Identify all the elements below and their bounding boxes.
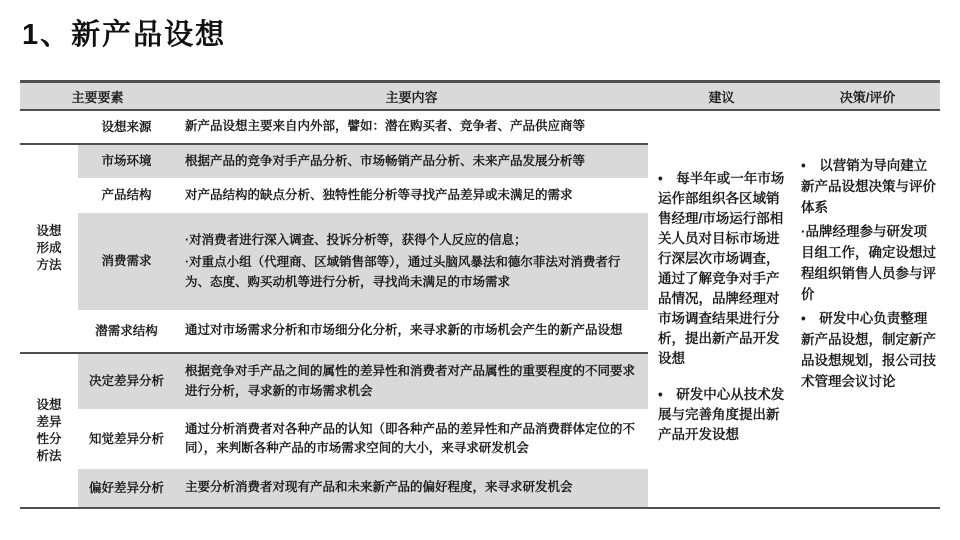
table-row: 根据产品的竞争对手产品分析、市场畅销产品分析、未来产品发展分析等 (175, 145, 648, 178)
row-label-perception-difference: 知觉差异分析 (78, 409, 175, 469)
group-label-text: 设想形成方法 (36, 223, 63, 274)
slide: 1、新产品设想 主要要素 主要内容 建议 决策/评价 设想来源 新产品设想主要来… (0, 0, 960, 540)
table-row: 新产品设想主要来自内外部，譬如：潜在购买者、竞争者、产品供应商等 (175, 111, 648, 145)
row-content-text: ·对重点小组（代理商、区域销售部等），通过头脑风暴法和德尔菲法对消费者行为、态度… (185, 253, 642, 292)
row-label-product-structure: 产品结构 (78, 178, 175, 213)
table-row: 通过分析消费者对各种产品的认知（即各种产品的差异性和产品消费群体定位的不同），来… (175, 409, 648, 469)
header-suggestion: 建议 (648, 87, 795, 106)
suggestion-column: • 每半年或一年市场运作部组织各区域销售经理/市场运行部相关人员对目标市场进行深… (648, 111, 795, 507)
table-header-row: 主要要素 主要内容 建议 决策/评价 (20, 80, 940, 111)
row-content-text: ·对消费者进行深入调查、投诉分析等，获得个人反应的信息； (185, 231, 642, 251)
header-main-elements: 主要要素 (20, 87, 175, 106)
row-label-latent-demand-structure: 潜需求结构 (78, 310, 175, 354)
decision-evaluation-column: • 以营销为导向建立新产品设想决策与评价体系 ·品牌经理参与研发项目组工作，确定… (795, 111, 940, 507)
table-body: 设想来源 新产品设想主要来自内外部，譬如：潜在购买者、竞争者、产品供应商等 设想… (20, 111, 940, 509)
suggestion-bullet: • 研发中心从技术发展与完善角度提出新产品开发设想 (658, 385, 791, 445)
main-table: 主要要素 主要内容 建议 决策/评价 设想来源 新产品设想主要来自内外部，譬如：… (20, 80, 940, 509)
group-label-text: 设想差异性分析法 (36, 397, 63, 465)
group-cell-empty (20, 111, 78, 145)
group-label-idea-formation: 设想形成方法 (20, 145, 78, 354)
row-content-text: 根据产品的竞争对手产品分析、市场畅销产品分析、未来产品发展分析等 (185, 152, 642, 172)
row-content-text: 通过对市场需求分析和市场细分化分析，来寻求新的市场机会产生的新产品设想 (185, 321, 642, 341)
row-label-preference-difference: 偏好差异分析 (78, 469, 175, 507)
page-title: 1、新产品设想 (22, 12, 226, 53)
table-row: 根据竞争对手产品之间的属性的差异性和消费者对产品属性的重要程度的不同要求进行分析… (175, 354, 648, 409)
decision-bullet: ·品牌经理参与研发项目组工作，确定设想过程组织销售人员参与评价 (801, 221, 938, 305)
row-content-text: 根据竞争对手产品之间的属性的差异性和消费者对产品属性的重要程度的不同要求进行分析… (185, 362, 642, 401)
table-row: 对产品结构的缺点分析、独特性能分析等寻找产品差异或未满足的需求 (175, 178, 648, 213)
decision-bullet: • 研发中心负责整理新产品设想，制定新产品设想规划，报公司技术管理会议讨论 (801, 308, 938, 392)
table-left-section: 设想来源 新产品设想主要来自内外部，譬如：潜在购买者、竞争者、产品供应商等 设想… (20, 111, 648, 507)
row-content-text: 通过分析消费者对各种产品的认知（即各种产品的差异性和产品消费群体定位的不同），来… (185, 420, 642, 459)
table-row: 通过对市场需求分析和市场细分化分析，来寻求新的市场机会产生的新产品设想 (175, 310, 648, 354)
suggestion-bullet: • 每半年或一年市场运作部组织各区域销售经理/市场运行部相关人员对目标市场进行深… (658, 169, 791, 369)
group-label-difference-analysis: 设想差异性分析法 (20, 354, 78, 507)
table-row: ·对消费者进行深入调查、投诉分析等，获得个人反应的信息； ·对重点小组（代理商、… (175, 213, 648, 310)
row-content-text: 主要分析消费者对现有产品和未来新产品的偏好程度，来寻求研发机会 (185, 478, 642, 498)
row-label-idea-source: 设想来源 (78, 111, 175, 145)
header-main-content: 主要内容 (175, 87, 648, 106)
row-content-text: 对产品结构的缺点分析、独特性能分析等寻找产品差异或未满足的需求 (185, 186, 642, 206)
row-content-text: 新产品设想主要来自内外部，譬如：潜在购买者、竞争者、产品供应商等 (185, 117, 642, 137)
row-label-decision-difference: 决定差异分析 (78, 354, 175, 409)
row-label-market-environment: 市场环境 (78, 145, 175, 178)
header-decision-evaluation: 决策/评价 (795, 87, 940, 106)
table-row: 主要分析消费者对现有产品和未来新产品的偏好程度，来寻求研发机会 (175, 469, 648, 507)
decision-bullet: • 以营销为导向建立新产品设想决策与评价体系 (801, 155, 938, 218)
row-label-consumer-demand: 消费需求 (78, 213, 175, 310)
